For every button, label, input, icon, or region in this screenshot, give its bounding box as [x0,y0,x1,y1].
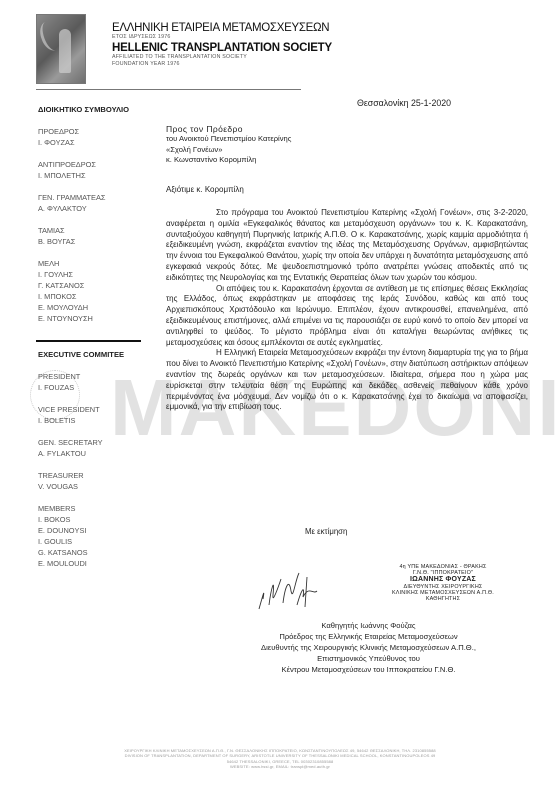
board-role: ΠΡΟΕΔΡΟΣ [38,126,129,137]
body-paragraph: Οι απόψεις του κ. Καρακατσάνη έρχονται σ… [166,284,528,349]
board-member-name: A. FYLAKTOU [38,448,124,459]
stamp-name: ΙΩΑΝΝΗΣ ΦΟΥΖΑΣ [378,576,508,584]
body-paragraph: Στο πρόγραμα του Ανοικτού Πενεπιστμίου Κ… [166,208,528,284]
signer-line: Διευθυντής της Χειρουργικής Κλινικής Μετ… [180,642,557,653]
board-group: ΤΑΜΙΑΣΒ. ΒΟΥΓΑΣ [38,225,129,247]
official-stamp: 4η ΥΠΕ ΜΑΚΕΔΟΝΙΑΣ - ΘΡΑΚΗΣ Γ.Ν.Θ. "ΙΠΠΟΚ… [378,564,508,603]
board-member-name: Α. ΦΥΛΑΚΤΟΥ [38,203,129,214]
board-role: VICE PRESIDENT [38,404,124,415]
society-logo [36,14,86,84]
board-group: GEN. SECRETARYA. FYLAKTOU [38,437,124,459]
signer-line: Επιστημονικός Υπεύθυνος του [180,653,557,664]
board-member-name: Β. ΒΟΥΓΑΣ [38,236,129,247]
foundation-year: FOUNDATION YEAR 1976 [112,61,332,68]
board-role: GEN. SECRETARY [38,437,124,448]
board-member-name: I. FOUZAS [38,382,124,393]
header-divider [36,89,301,90]
sidebar-divider [36,340,141,342]
founded-greek: ΕΤΟΣ ΙΔΡΥΣΕΩΣ 1976 [112,34,332,41]
board-group: MEMBERSI. BOKOSE. DOUNOYSII. GOULISG. KA… [38,503,124,569]
board-greek: ΔΙΟΙΚΗΤΙΚΟ ΣΥΜΒΟΥΛΙΟ ΠΡΟΕΔΡΟΣΙ. ΦΟΥΖΑΣΑΝ… [38,104,129,324]
board-group: VICE PRESIDENTI. BOLETIS [38,404,124,426]
org-name-greek: ΕΛΛΗΝΙΚΗ ΕΤΑΙΡΕΙΑ ΜΕΤΑΜΟΣΧΕΥΣΕΩΝ [112,22,332,34]
board-role: MEMBERS [38,503,124,514]
board-member-name: E. DOUNOYSI [38,525,124,536]
board-member-name: G. KATSANOS [38,547,124,558]
greeting: Αξιότιμε κ. Κορομπίλη [166,185,244,194]
board-member-name: Ι. ΜΠΟΛΕΤΗΣ [38,170,129,181]
board-member-name: Ι. ΓΟΥΛΗΣ [38,269,129,280]
board-member-name: Γ. ΚΑΤΣΑΝΟΣ [38,280,129,291]
affiliation: AFFILIATED TO THE TRANSPLANTATION SOCIET… [112,54,332,61]
board-greek-title: ΔΙΟΙΚΗΤΙΚΟ ΣΥΜΒΟΥΛΙΟ [38,104,129,115]
board-group: ΑΝΤΙΠΡΟΕΔΡΟΣΙ. ΜΠΟΛΕΤΗΣ [38,159,129,181]
board-member-name: Ε. ΝΤΟΥΝΟΥΣΗ [38,313,129,324]
board-role: TREASURER [38,470,124,481]
board-member-name: Ι. ΦΟΥΖΑΣ [38,137,129,148]
handwritten-signature [255,565,325,613]
board-member-name: E. MOULOUDI [38,558,124,569]
recipient-address: Προς τον Πρόεδρο του Ανοικτού Πενεπιστμί… [166,124,291,166]
stamp-line: ΚΑΘΗΓΗΤΗΣ [378,596,508,602]
recipient-line: Προς τον Πρόεδρο [166,124,291,134]
recipient-line: του Ανοικτού Πενεπιστμίου Κατερίνης [166,134,291,144]
board-member-name: I. GOULIS [38,536,124,547]
recipient-line: κ. Κωνσταντίνο Κορομπίλη [166,155,291,165]
recipient-line: «Σχολή Γονέων» [166,145,291,155]
board-group: ΠΡΟΕΔΡΟΣΙ. ΦΟΥΖΑΣ [38,126,129,148]
board-group: PRESIDENTI. FOUZAS [38,371,124,393]
board-member-name: Ε. ΜΟΥΛΟΥΔΗ [38,302,129,313]
board-member-name: I. BOKOS [38,514,124,525]
letterhead: ΕΛΛΗΝΙΚΗ ΕΤΑΙΡΕΙΑ ΜΕΤΑΜΟΣΧΕΥΣΕΩΝ ΕΤΟΣ ΙΔ… [112,22,332,68]
board-group: TREASURERV. VOUGAS [38,470,124,492]
footer-line: WEBSITE: www.hssi.gr, EMAIL: transpl@med… [40,764,520,769]
logo-figure-shape [59,29,71,73]
letter-date: Θεσσαλονίκη 25-1-2020 [357,98,451,108]
board-english: EXECUTIVE COMMITEE PRESIDENTI. FOUZASVIC… [38,349,124,569]
closing: Με εκτίμηση [305,527,347,536]
signer-line: Πρόεδρος της Ελληνικής Εταιρείας Μεταμοσ… [180,631,557,642]
board-role: ΤΑΜΙΑΣ [38,225,129,236]
body-paragraph: Η Ελληνική Εταιρεία Μεταμοσχεύσεων εκφρά… [166,348,528,413]
signer-line: Καθηγητής Ιωάννης Φούζας [180,620,557,631]
board-role: ΜΕΛΗ [38,258,129,269]
board-english-title: EXECUTIVE COMMITEE [38,349,124,360]
board-group: ΓΕΝ. ΓΡΑΜΜΑΤΕΑΣΑ. ΦΥΛΑΚΤΟΥ [38,192,129,214]
board-role: ΑΝΤΙΠΡΟΕΔΡΟΣ [38,159,129,170]
board-group: ΜΕΛΗΙ. ΓΟΥΛΗΣΓ. ΚΑΤΣΑΝΟΣΙ. ΜΠΟΚΟΣΕ. ΜΟΥΛ… [38,258,129,324]
org-name-english: HELLENIC TRANSPLANTATION SOCIETY [112,42,332,54]
board-role: ΓΕΝ. ΓΡΑΜΜΑΤΕΑΣ [38,192,129,203]
board-member-name: V. VOUGAS [38,481,124,492]
letter-body: Στο πρόγραμα του Ανοικτού Πενεπιστμίου Κ… [166,208,528,413]
board-role: PRESIDENT [38,371,124,382]
board-member-name: I. BOLETIS [38,415,124,426]
signer-block: Καθηγητής Ιωάννης Φούζας Πρόεδρος της Ελ… [180,620,557,675]
signer-line: Κέντρου Μεταμοσχεύσεων του Ιπποκρατείου … [180,664,557,675]
board-member-name: Ι. ΜΠΟΚΟΣ [38,291,129,302]
footer: ΧΕΙΡΟΥΡΓΙΚΗ ΚΛΙΝΙΚΗ ΜΕΤΑΜΟΣΧΕΥΣΕΩΝ Α.Π.Θ… [40,748,520,770]
